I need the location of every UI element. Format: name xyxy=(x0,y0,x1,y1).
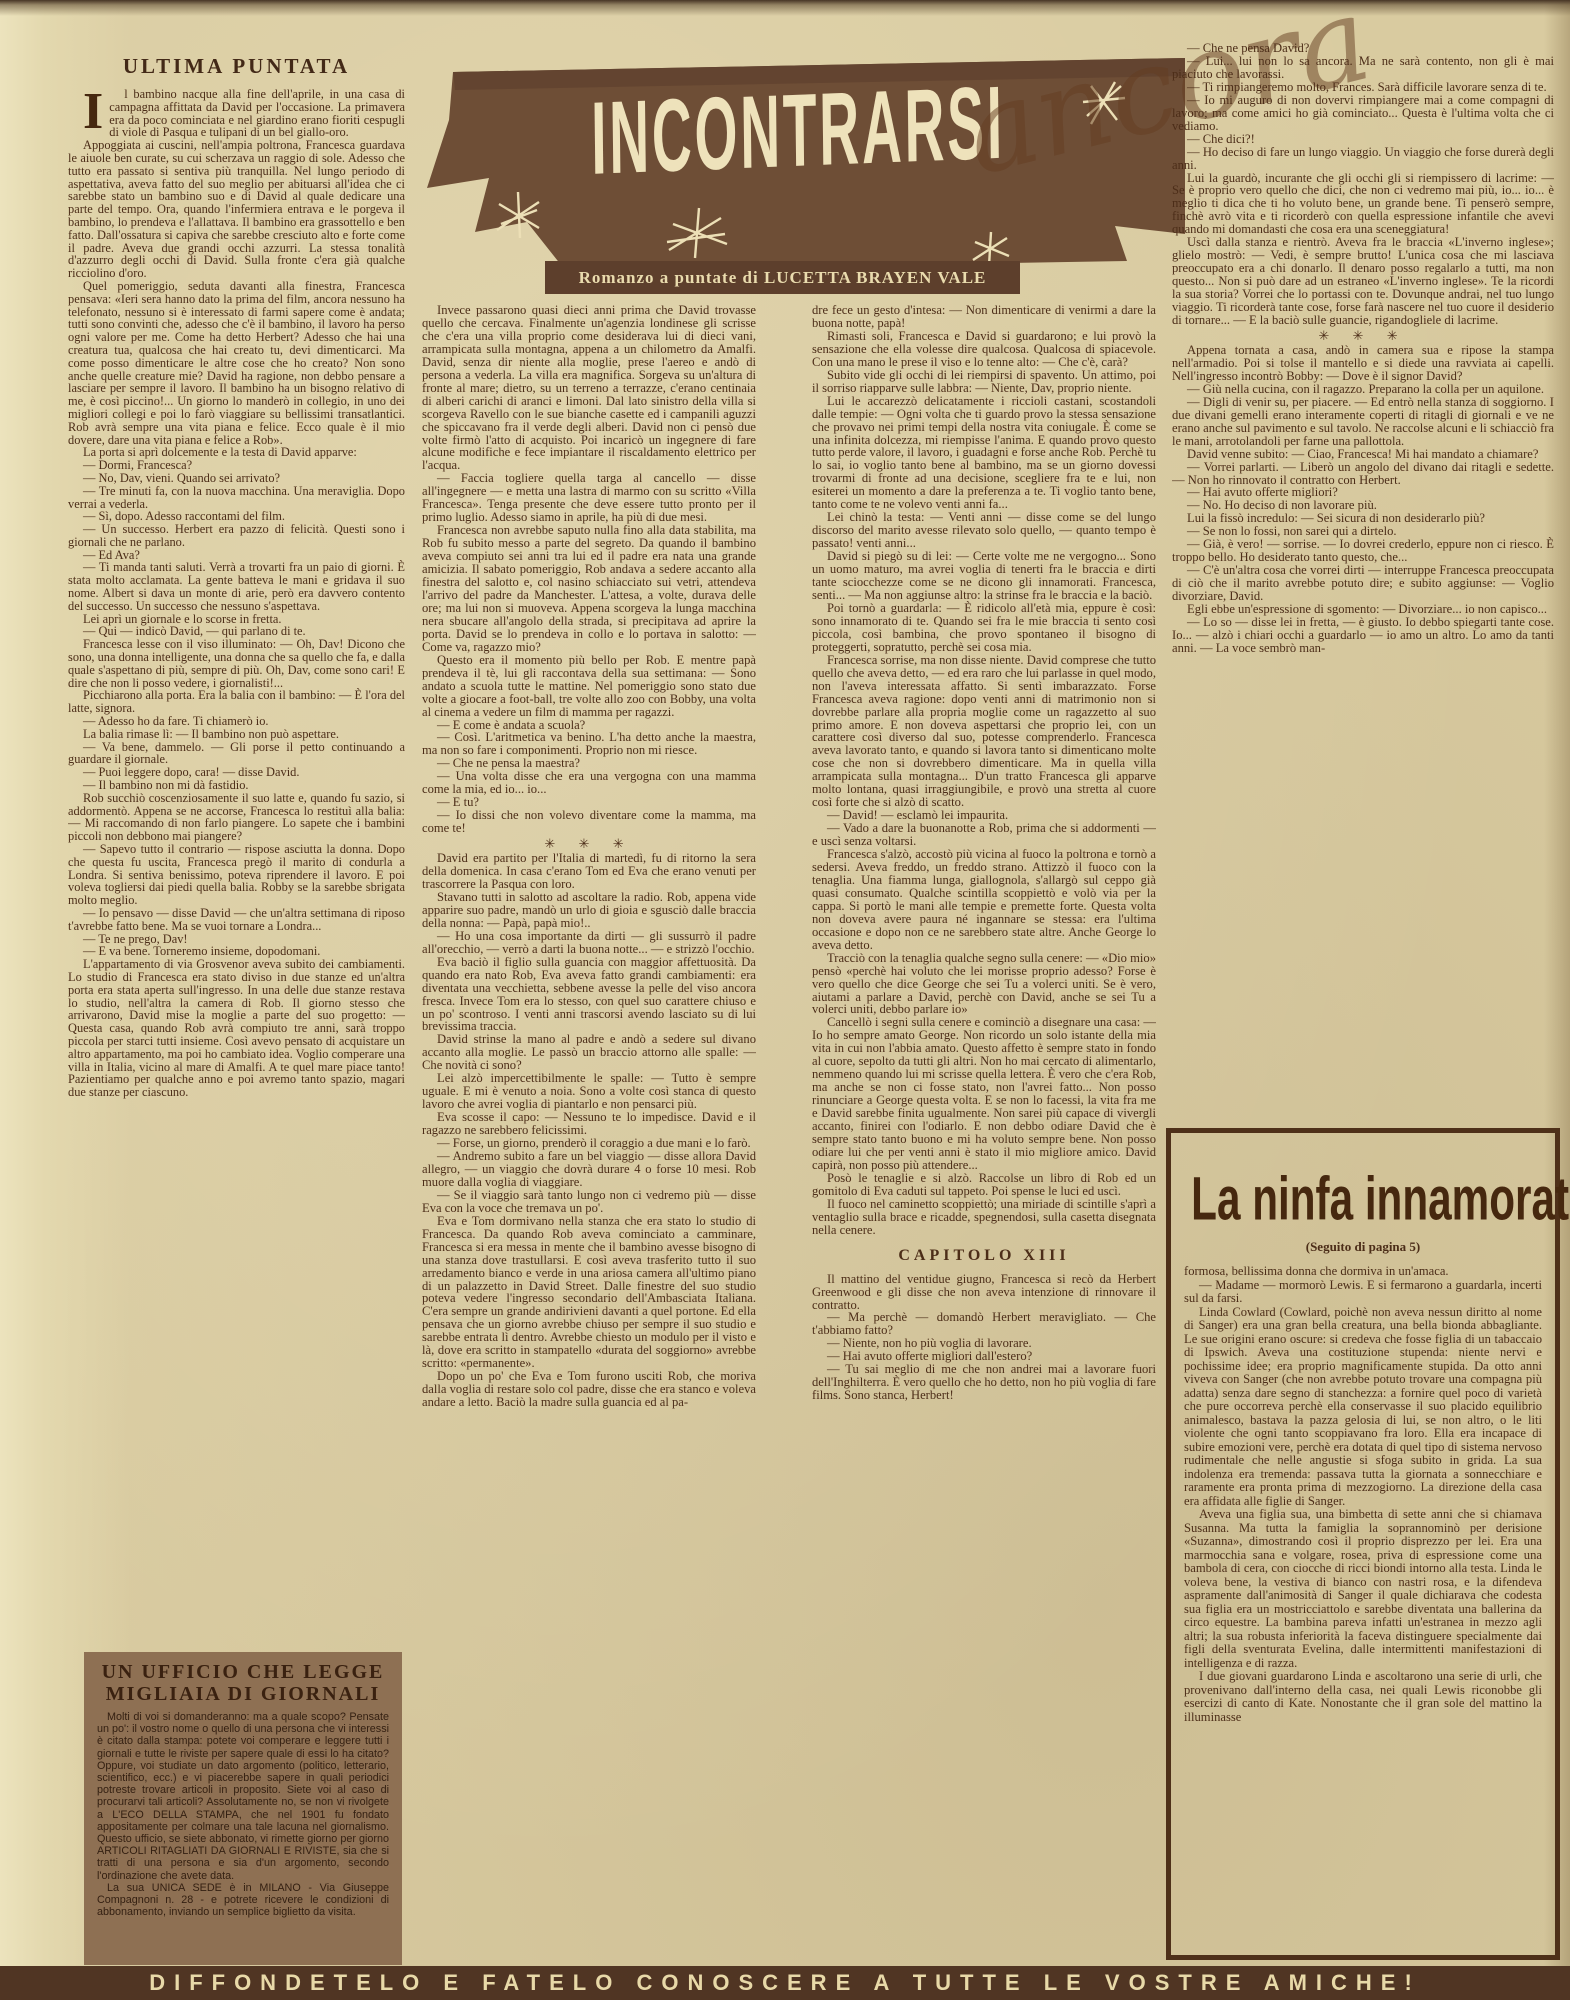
text-column-2: Invece passarono quasi dieci anni prima … xyxy=(422,304,756,1990)
paragraph: Questo era il momento più bello per Rob.… xyxy=(422,654,756,719)
paragraph: Rob succhiò coscenziosamente il suo latt… xyxy=(68,792,405,843)
paragraph: Uscì dalla stanza e rientrò. Aveva fra l… xyxy=(1172,236,1554,327)
chapter-heading: CAPITOLO XIII xyxy=(812,1246,1156,1266)
paragraph: Posò le tenaglie e si alzò. Raccolse un … xyxy=(812,1172,1156,1198)
paragraph: Eva e Tom dormivano nella stanza che era… xyxy=(422,1215,756,1370)
paragraph: — Così. L'aritmetica va benino. L'ha det… xyxy=(422,731,756,757)
paragraph: — Ti rimpiangeremo molto, Frances. Sarà … xyxy=(1172,81,1554,94)
paragraph: Appena tornata a casa, andò in camera su… xyxy=(1172,344,1554,383)
paragraph: — Un successo. Herbert era pazzo di feli… xyxy=(68,523,405,549)
paragraph: Lei alzò impercettibilmente le spalle: —… xyxy=(422,1072,756,1111)
text-column-1: Il bambino nacque alla fine dell'aprile,… xyxy=(68,88,405,1640)
paragraph: Lui le accarezzò delicatamente i ricciol… xyxy=(812,395,1156,512)
paragraph: — Che ne pensa David? xyxy=(1172,42,1554,55)
paragraph: — Ho deciso di fare un lungo viaggio. Un… xyxy=(1172,146,1554,172)
text-column-3: dre fece un gesto d'intesa: — Non diment… xyxy=(812,304,1156,1990)
paragraph: Picchiarono alla porta. Era la balia con… xyxy=(68,689,405,715)
paragraph: Lei chinò la testa: — Venti anni — disse… xyxy=(812,511,1156,550)
paragraph: — Vorrei parlarti. — Liberò un angolo de… xyxy=(1172,461,1554,487)
paragraph: — Adesso ho da fare. Ti chiamerò io. xyxy=(68,715,405,728)
paragraph: — Andremo subito a fare un bel viaggio —… xyxy=(422,1150,756,1189)
section-separator: ✳ ✳ ✳ xyxy=(422,835,756,852)
paragraph: L'appartamento di via Grosvenor aveva su… xyxy=(68,958,405,1099)
section-separator: ✳ ✳ ✳ xyxy=(1172,327,1554,344)
paragraph: Francesca sorrise, ma non disse niente. … xyxy=(812,654,1156,809)
paragraph: Eva scosse il capo: — Nessuno te lo impe… xyxy=(422,1111,756,1137)
paragraph: — Io dissi che non volevo diventare come… xyxy=(422,809,756,835)
paragraph: — Digli di venir su, per piacere. — Ed e… xyxy=(1172,396,1554,448)
paragraph: Tracciò con la tenaglia qualche segno su… xyxy=(812,952,1156,1017)
paragraph: — Ho una cosa importante da dirti — gli … xyxy=(422,930,756,956)
paragraph: Francesca lesse con il viso illuminato: … xyxy=(68,638,405,689)
paragraph: Appoggiata ai cuscini, nell'ampia poltro… xyxy=(68,139,405,280)
paragraph: Lui la guardò, incurante che gli occhi g… xyxy=(1172,172,1554,237)
paragraph: Stavano tutti in salotto ad ascoltare la… xyxy=(422,891,756,930)
paragraph: — Vado a dare la buonanotte a Rob, prima… xyxy=(812,822,1156,848)
paragraph: — Faccia togliere quella targa al cancel… xyxy=(422,472,756,524)
paragraph: — Se il viaggio sarà tanto lungo non ci … xyxy=(422,1189,756,1215)
paragraph: Il fuoco nel caminetto scoppiettò; una m… xyxy=(812,1198,1156,1237)
paragraph: — Dormi, Francesca? xyxy=(68,459,405,472)
paragraph: Linda Cowlard (Cowlard, poichè non aveva… xyxy=(1184,1306,1542,1509)
paragraph: Il bambino nacque alla fine dell'aprile,… xyxy=(68,88,405,139)
paragraph: Molti di voi si domanderanno: ma a quale… xyxy=(97,1711,389,1882)
paragraph: — Ti manda tanti saluti. Verrà a trovart… xyxy=(68,561,405,612)
paragraph: — Tre minuti fa, con la nuova macchina. … xyxy=(68,485,405,511)
byline-bar: Romanzo a puntate di LUCETTA BRAYEN VALE xyxy=(545,261,1020,294)
kicker-ultima-puntata: ULTIMA PUNTATA xyxy=(68,54,405,79)
paragraph: David era partito per l'Italia di marted… xyxy=(422,852,756,891)
paragraph: — Io mi auguro di non dovervi rimpianger… xyxy=(1172,94,1554,133)
paragraph: — Lui... lui non lo sa ancora. Ma ne sar… xyxy=(1172,55,1554,81)
paragraph: Poi tornò a guardarla: — È ridicolo all'… xyxy=(812,602,1156,654)
paragraph: La sua UNICA SEDE è in MILANO - Via Gius… xyxy=(97,1882,389,1919)
paragraph: formosa, bellissima donna che dormiva in… xyxy=(1184,1265,1542,1279)
nymph-story-box: La ninfa innamorata (Seguito di pagina 5… xyxy=(1166,1128,1560,1960)
paragraph: — Lo so — disse lei in fretta, — è giust… xyxy=(1172,616,1554,655)
paragraph: — Che dici?! xyxy=(1172,133,1554,146)
paragraph: Il mattino del ventidue giugno, Francesc… xyxy=(812,1273,1156,1312)
paragraph: David venne subito: — Ciao, Francesca! M… xyxy=(1172,448,1554,461)
ad-box-title-line1: UN UFFICIO CHE LEGGE xyxy=(97,1661,389,1683)
drop-cap: I xyxy=(68,88,109,134)
paragraph: — C'è un'altra cosa che vorrei dirti — i… xyxy=(1172,564,1554,603)
paragraph: Rimasti soli, Francesca e David si guard… xyxy=(812,330,1156,369)
footer-slogan-strip: DIFFONDETELO E FATELO CONOSCERE A TUTTE … xyxy=(0,1966,1570,2000)
paragraph: — Sapevo tutto il contrario — rispose as… xyxy=(68,843,405,907)
paragraph: Eva baciò il figlio sulla guancia con ma… xyxy=(422,956,756,1034)
paragraph: — Il bambino non mi dà fastidio. xyxy=(68,779,405,792)
paragraph: — Madame — mormorò Lewis. E si fermarono… xyxy=(1184,1279,1542,1306)
paragraph: — No, Dav, vieni. Quando sei arrivato? xyxy=(68,472,405,485)
paragraph: — Tu sai meglio di me che non andrei mai… xyxy=(812,1363,1156,1402)
paragraph: — Una volta disse che era una vergogna c… xyxy=(422,770,756,796)
nymph-story-title: La ninfa innamorata xyxy=(1191,1165,1535,1255)
paragraph: Invece passarono quasi dieci anni prima … xyxy=(422,304,756,472)
paragraph: Francesca non avrebbe saputo nulla fino … xyxy=(422,524,756,654)
paragraph: Quel pomeriggio, seduta davanti alla fin… xyxy=(68,280,405,446)
serial-title: INCONTRARSI xyxy=(498,59,1097,201)
paragraph: David strinse la mano al padre e andò a … xyxy=(422,1033,756,1072)
magazine-page: { "page": { "kicker": "ULTIMA PUNTATA", … xyxy=(0,0,1570,2000)
paragraph: — Ma perchè — domandò Herbert meraviglia… xyxy=(812,1311,1156,1337)
ad-box-title-line2: MIGLIAIA DI GIORNALI xyxy=(97,1683,389,1705)
serial-title-banner: INCONTRARSI xyxy=(415,56,1185,276)
ad-box-body: Molti di voi si domanderanno: ma a quale… xyxy=(97,1711,389,1918)
paragraph: dre fece un gesto d'intesa: — Non diment… xyxy=(812,304,1156,330)
paragraph: Subito vide gli occhi di lei riempirsi d… xyxy=(812,369,1156,395)
paragraph: Dopo un po' che Eva e Tom furono usciti … xyxy=(422,1370,756,1409)
paragraph: — Già, è vero! — sorrise. — Io dovrei cr… xyxy=(1172,538,1554,564)
paragraph: La balia rimase lì: — Il bambino non può… xyxy=(68,728,405,741)
paragraph: — Io pensavo — disse David — che un'altr… xyxy=(68,907,405,933)
paragraph: — Va bene, dammelo. — Gli porse il petto… xyxy=(68,741,405,767)
nymph-story-body: formosa, bellissima donna che dormiva in… xyxy=(1184,1265,1542,1724)
text-column-4: — Che ne pensa David?— Lui... lui non lo… xyxy=(1172,42,1554,1122)
press-clipping-ad-box: UN UFFICIO CHE LEGGE MIGLIAIA DI GIORNAL… xyxy=(84,1652,402,1965)
paragraph: Aveva una figlia sua, una bimbetta di se… xyxy=(1184,1508,1542,1670)
paragraph: — Giù nella cucina, con il ragazzo. Prep… xyxy=(1172,383,1554,396)
paragraph: I due giovani guardarono Linda e ascolta… xyxy=(1184,1670,1542,1724)
paragraph: Francesca s'alzò, accostò più vicina al … xyxy=(812,848,1156,952)
paragraph: Cancellò i segni sulla cenere e cominciò… xyxy=(812,1016,1156,1171)
paragraph: David si piegò su di lei: — Certe volte … xyxy=(812,550,1156,602)
